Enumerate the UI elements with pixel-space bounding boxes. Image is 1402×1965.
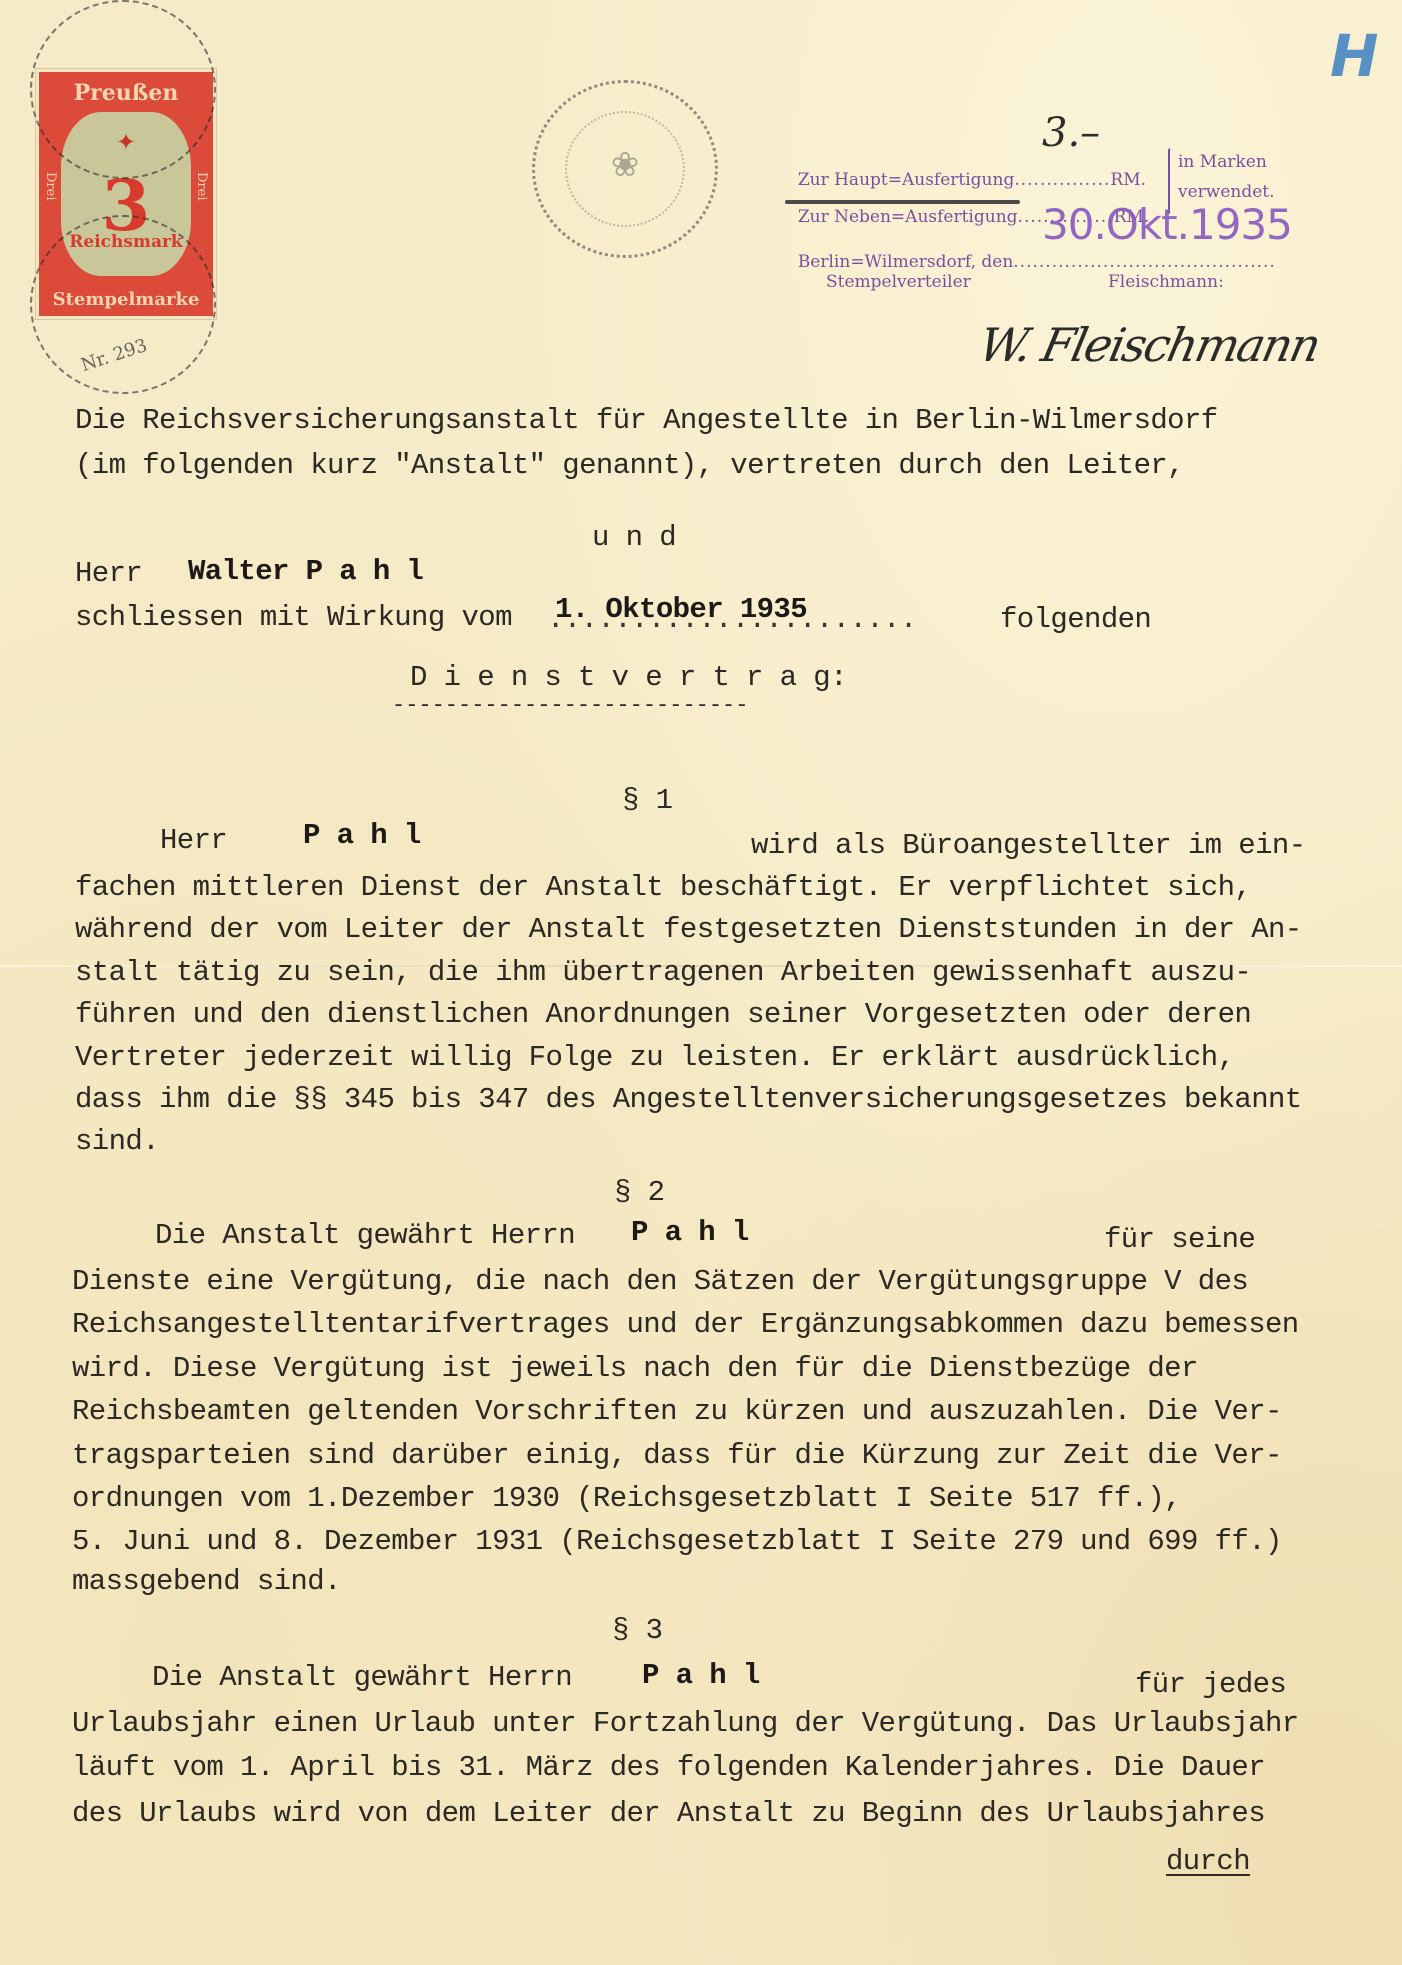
effective-prefix: schliessen mit Wirkung vom: [75, 602, 512, 634]
section-2-line: Reichsbeamten geltenden Vorschriften zu …: [72, 1396, 1282, 1428]
official-seal: ❀: [532, 80, 718, 258]
date-stamp: 30.Okt.1935: [1042, 200, 1292, 249]
section-1-line: Vertreter jederzeit willig Folge zu leis…: [75, 1042, 1234, 1074]
intro-line-1: Die Reichsversicherungsanstalt für Anges…: [75, 405, 1218, 437]
section-3-heading: § 3: [612, 1615, 662, 1647]
signature: W. Fleischmann: [974, 318, 1324, 372]
section-3-name: P a h l: [642, 1660, 760, 1692]
section-3-line: des Urlaubs wird von dem Leiter der Anst…: [72, 1798, 1265, 1830]
place-label: Berlin=Wilmersdorf, den: [798, 252, 1013, 272]
section-1-pre: Herr: [160, 825, 227, 857]
section-2-heading: § 2: [614, 1177, 664, 1209]
herr-label: Herr: [75, 558, 142, 590]
section-2-pre: Die Anstalt gewährt Herrn: [155, 1220, 575, 1252]
bracket-text-1: in Marken: [1178, 152, 1267, 172]
employee-name: Walter P a h l: [188, 556, 423, 588]
section-2-line: tragsparteien sind darüber einig, dass f…: [72, 1440, 1282, 1472]
contract-title: D i e n s t v e r t r a g:: [410, 662, 847, 694]
bracket-text-2: verwendet.: [1178, 182, 1275, 202]
section-2-name: P a h l: [631, 1217, 749, 1249]
stamp-name: Fleischmann:: [1108, 272, 1224, 292]
section-2-line: massgebend sind.: [72, 1566, 341, 1598]
section-2-line: 5. Juni und 8. Dezember 1931 (Reichsgese…: [72, 1526, 1282, 1558]
margin-mark: H: [1330, 22, 1373, 90]
section-1-line: während der vom Leiter der Anstalt festg…: [75, 914, 1302, 946]
section-1-line: stalt tätig zu sein, die ihm übertragene…: [75, 957, 1251, 989]
strikethrough-line: [785, 200, 1020, 204]
section-3-line: läuft vom 1. April bis 31. März des folg…: [72, 1752, 1265, 1784]
section-3-pre: Die Anstalt gewährt Herrn: [152, 1662, 572, 1694]
section-2-line: ordnungen vom 1.Dezember 1930 (Reichsges…: [72, 1483, 1181, 1515]
section-1-name: P a h l: [303, 820, 421, 852]
section-1-line: dass ihm die §§ 345 bis 347 des Angestel…: [75, 1084, 1302, 1116]
title-underline: ---------------------------: [392, 693, 748, 718]
section-2-line: Reichsangestelltentarifvertrages und der…: [72, 1309, 1299, 1341]
section-1-heading: § 1: [622, 785, 672, 817]
section-2-post: für seine: [1104, 1224, 1255, 1256]
section-1-line: führen und den dienstlichen Anordnungen …: [75, 999, 1251, 1031]
neben-label: Zur Neben=Ausfertigung: [798, 207, 1018, 227]
section-2-line: Dienste eine Vergütung, die nach den Sät…: [72, 1266, 1248, 1298]
section-3-post: für jedes: [1135, 1669, 1286, 1701]
intro-line-2: (im folgenden kurz "Anstalt" genannt), v…: [75, 450, 1184, 482]
effective-date: 1. Oktober 1935: [555, 594, 807, 626]
eagle-seal-icon: ❀: [535, 145, 715, 185]
continuation-word: durch: [1166, 1846, 1250, 1878]
stamp-role: Stempelverteiler: [826, 272, 971, 292]
section-3-line: Urlaubsjahr einen Urlaub unter Fortzahlu…: [72, 1708, 1299, 1740]
dotted-leader: ........................................…: [1013, 252, 1276, 272]
section-1-line: sind.: [75, 1126, 159, 1158]
section-2-line: wird. Diese Vergütung ist jeweils nach d…: [72, 1353, 1198, 1385]
section-1-post: wird als Büroangestellter im ein-: [751, 830, 1306, 862]
effective-suffix: folgenden: [1000, 604, 1151, 636]
postmark-bottom: [30, 215, 216, 394]
stamp-line-haupt: Zur Haupt=Ausfertigung...............RM.: [787, 150, 1146, 190]
section-1-line: fachen mittleren Dienst der Anstalt besc…: [75, 872, 1251, 904]
und-line: u n d: [592, 522, 676, 554]
postmark-top: [30, 0, 216, 179]
